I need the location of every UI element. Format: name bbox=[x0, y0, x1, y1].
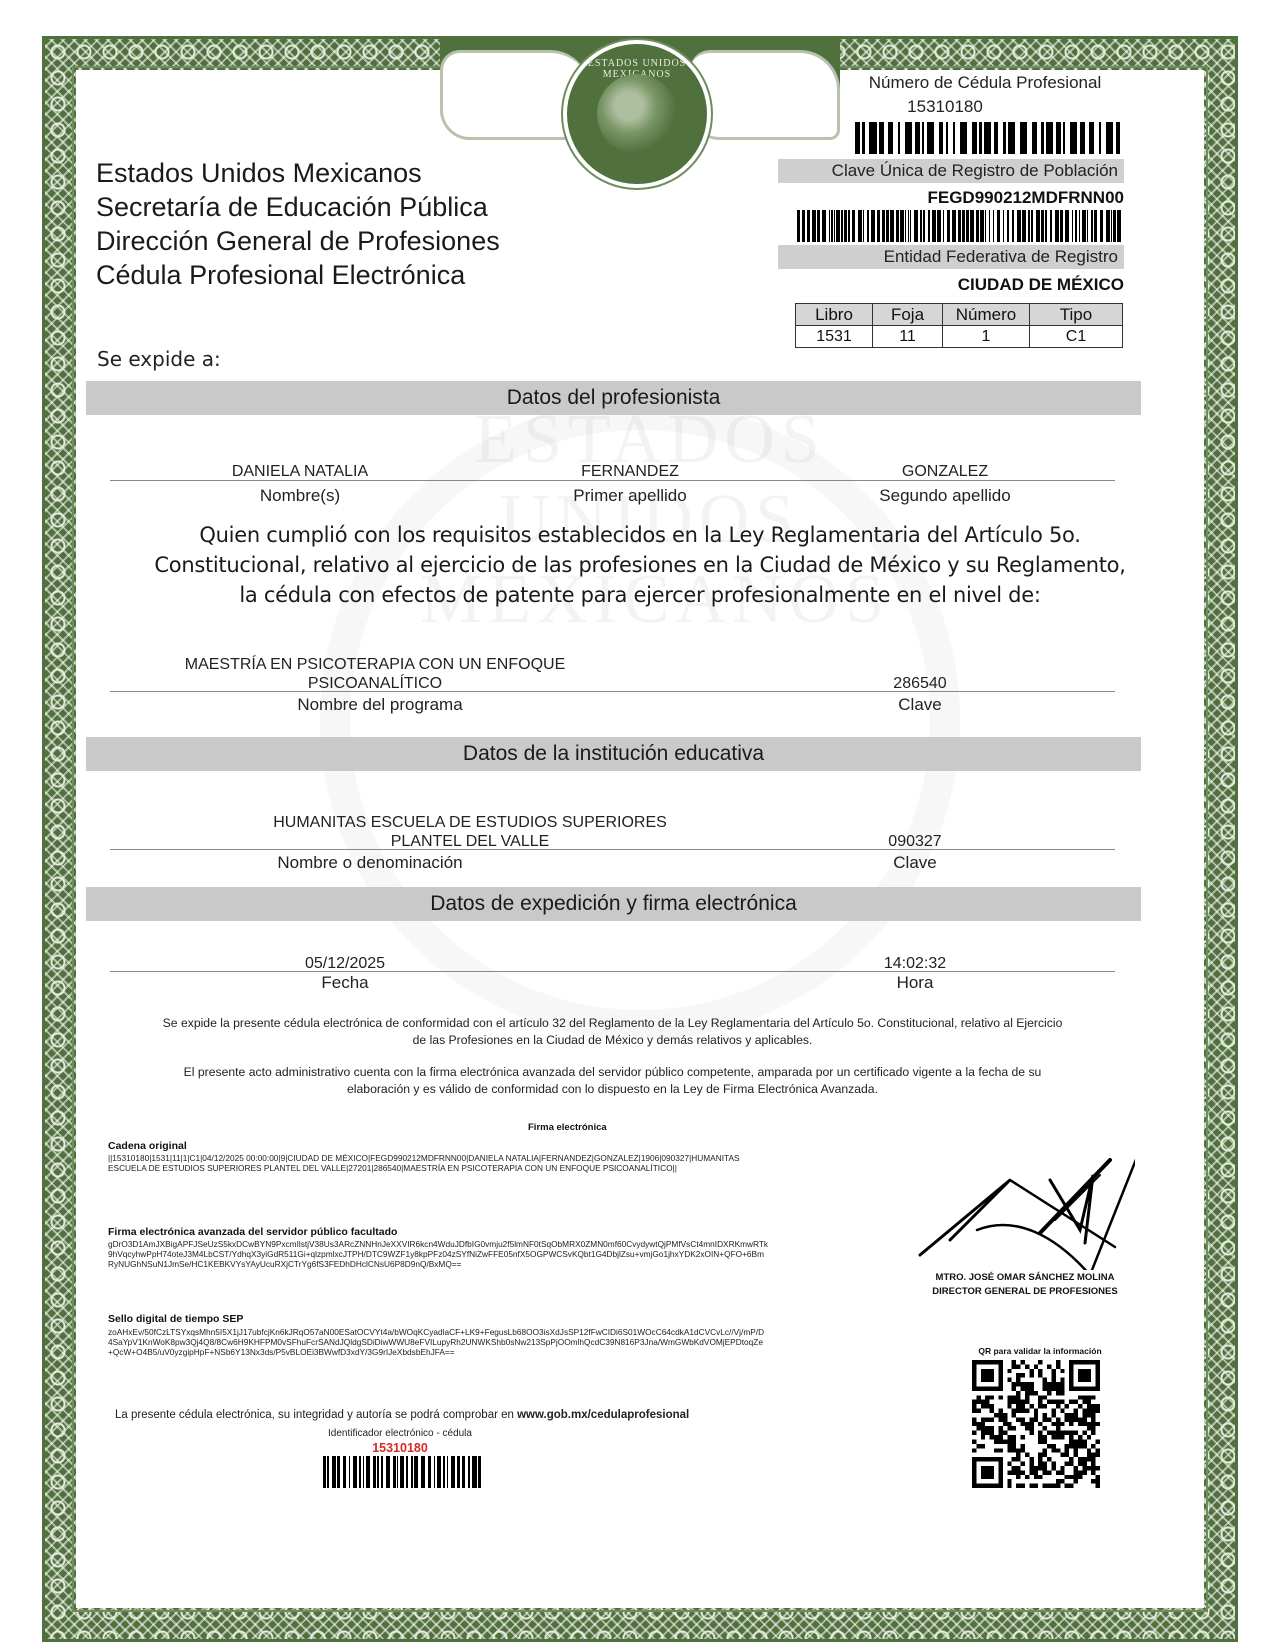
issuer-titles: Estados Unidos Mexicanos Secretaría de E… bbox=[96, 156, 500, 292]
cadena-original-label: Cadena original bbox=[108, 1140, 187, 1152]
primer-apellido-label: Primer apellido bbox=[520, 486, 740, 506]
divider bbox=[110, 691, 1115, 692]
registro-table: Libro Foja Número Tipo 1531 11 1 C1 bbox=[795, 303, 1123, 348]
statement-line: la cédula con efectos de patente para ej… bbox=[80, 580, 1200, 610]
statement-line: Constitucional, relativo al ejercicio de… bbox=[80, 550, 1200, 580]
segundo-apellido-value: GONZALEZ bbox=[835, 463, 1055, 481]
section-profesionista: Datos del profesionista bbox=[86, 381, 1141, 415]
handwritten-signature-icon bbox=[915, 1135, 1135, 1270]
signatory-name: MTRO. JOSÉ OMAR SÁNCHEZ MOLINA bbox=[920, 1271, 1130, 1285]
signatory-title: DIRECTOR GENERAL DE PROFESIONES bbox=[920, 1285, 1130, 1299]
programa-name: MAESTRÍA EN PSICOTERAPIA CON UN ENFOQUE … bbox=[110, 655, 640, 693]
hora-label: Hora bbox=[815, 973, 1015, 993]
segundo-apellido-label: Segundo apellido bbox=[835, 486, 1055, 506]
programa-name-label: Nombre del programa bbox=[230, 695, 530, 715]
curp-value: FEGD990212MDFRNN00 bbox=[927, 188, 1124, 208]
primer-apellido-value: FERNANDEZ bbox=[520, 463, 740, 481]
cadena-line: ESCUELA DE ESTUDIOS SUPERIORES PLANTEL D… bbox=[108, 1163, 908, 1173]
firma-avanzada-label: Firma electrónica avanzada del servidor … bbox=[108, 1226, 397, 1238]
entidad-value: CIUDAD DE MÉXICO bbox=[958, 275, 1124, 295]
ornament-scroll-right bbox=[690, 50, 840, 140]
divider bbox=[110, 849, 1115, 850]
institucion-name: HUMANITAS ESCUELA DE ESTUDIOS SUPERIORES… bbox=[160, 813, 780, 851]
fecha-label: Fecha bbox=[245, 973, 445, 993]
verify-text: La presente cédula electrónica, su integ… bbox=[115, 1409, 689, 1421]
institucion-name-label: Nombre o denominación bbox=[220, 853, 520, 873]
qr-label: QR para validar la información bbox=[960, 1346, 1120, 1356]
signatory-block: MTRO. JOSÉ OMAR SÁNCHEZ MOLINA DIRECTOR … bbox=[920, 1271, 1130, 1299]
sello-digital-text: zoAHxEv/50fCzLTSYxqsMhn5I5X1jJ17ubfcjKn6… bbox=[108, 1327, 908, 1357]
identifier-label: Identificador electrónico - cédula bbox=[300, 1428, 500, 1439]
identifier-barcode bbox=[323, 1456, 483, 1488]
profesionista-fields: DANIELA NATALIA FERNANDEZ GONZALEZ Nombr… bbox=[110, 460, 1115, 510]
curp-label: Clave Única de Registro de Población bbox=[778, 159, 1124, 183]
qr-code-icon[interactable] bbox=[972, 1360, 1100, 1488]
firma-line: RyNUGhNSuN1JmSe/HC1KEBKVYsYAyUcuRXjCTrYg… bbox=[108, 1259, 908, 1269]
value-libro: 1531 bbox=[796, 326, 873, 348]
verify-sentence: La presente cédula electrónica, su integ… bbox=[115, 1409, 517, 1421]
institucion-name-line1: HUMANITAS ESCUELA DE ESTUDIOS SUPERIORES bbox=[160, 813, 780, 832]
curp-barcode bbox=[797, 210, 1123, 242]
cedula-number-label: Número de Cédula Profesional bbox=[840, 73, 1130, 93]
firma-line: 9hVqcyhwPpH74oteJ3M4LbCST/YdhqX3yiGdR511… bbox=[108, 1249, 908, 1259]
title-direccion: Dirección General de Profesiones bbox=[96, 224, 500, 258]
legal-paragraph-2: El presente acto administrativo cuenta c… bbox=[105, 1064, 1120, 1098]
firma-avanzada-text: gDrO3D1AmJXBigAPFJSeUzS5kxDCwBYN9PxcmIls… bbox=[108, 1239, 908, 1269]
sello-line: +QcW+O4B5/uV0yzgipHpF+NSb6Y13Nx3ds/P5vBL… bbox=[108, 1347, 908, 1357]
title-secretaria: Secretaría de Educación Pública bbox=[96, 190, 500, 224]
sello-line: 4SaYpV1KnWoK8pw3Qj4Q8/8Cw6H9KHFPM0vSFhuF… bbox=[108, 1337, 908, 1347]
firma-title: Firma electrónica bbox=[528, 1122, 607, 1133]
national-seal-icon: ESTADOS UNIDOS MEXICANOS bbox=[563, 40, 711, 188]
nombres-value: DANIELA NATALIA bbox=[190, 463, 410, 481]
title-document-type: Cédula Profesional Electrónica bbox=[96, 258, 500, 292]
legal-statement: Quien cumplió con los requisitos estable… bbox=[80, 520, 1200, 610]
nombres-label: Nombre(s) bbox=[190, 486, 410, 506]
verify-url-link[interactable]: www.gob.mx/cedulaprofesional bbox=[517, 1409, 689, 1421]
legal-line: Se expide la presente cédula electrónica… bbox=[105, 1015, 1120, 1032]
programa-fields: MAESTRÍA EN PSICOTERAPIA CON UN ENFOQUE … bbox=[110, 653, 1115, 723]
expedicion-fields: 05/12/2025 14:02:32 Fecha Hora bbox=[110, 953, 1115, 998]
value-numero: 1 bbox=[943, 326, 1030, 348]
statement-line: Quien cumplió con los requisitos estable… bbox=[80, 520, 1200, 550]
value-foja: 11 bbox=[873, 326, 943, 348]
divider bbox=[110, 480, 1115, 481]
cadena-line: ||15310180|1531|11|1|C1|04/12/2025 00:00… bbox=[108, 1153, 908, 1163]
legal-line: El presente acto administrativo cuenta c… bbox=[105, 1064, 1120, 1081]
header-foja: Foja bbox=[873, 304, 943, 326]
eagle-icon bbox=[597, 74, 677, 154]
section-institucion: Datos de la institución educativa bbox=[86, 737, 1141, 771]
header-libro: Libro bbox=[796, 304, 873, 326]
institucion-fields: HUMANITAS ESCUELA DE ESTUDIOS SUPERIORES… bbox=[110, 811, 1115, 881]
section-expedicion: Datos de expedición y firma electrónica bbox=[86, 887, 1141, 921]
header-numero: Número bbox=[943, 304, 1030, 326]
firma-line: gDrO3D1AmJXBigAPFJSeUzS5kxDCwBYN9PxcmIls… bbox=[108, 1239, 908, 1249]
legal-paragraph-1: Se expide la presente cédula electrónica… bbox=[105, 1015, 1120, 1049]
entidad-label: Entidad Federativa de Registro bbox=[778, 245, 1124, 269]
cedula-barcode bbox=[855, 122, 1123, 154]
title-country: Estados Unidos Mexicanos bbox=[96, 156, 500, 190]
cadena-original-text: ||15310180|1531|11|1|C1|04/12/2025 00:00… bbox=[108, 1153, 908, 1173]
sello-digital-label: Sello digital de tiempo SEP bbox=[108, 1313, 243, 1325]
programa-clave-label: Clave bbox=[830, 695, 1010, 715]
institucion-clave-label: Clave bbox=[825, 853, 1005, 873]
divider bbox=[110, 971, 1115, 972]
se-expide-label: Se expide a: bbox=[97, 347, 221, 371]
value-tipo: C1 bbox=[1030, 326, 1123, 348]
programa-name-line1: MAESTRÍA EN PSICOTERAPIA CON UN ENFOQUE bbox=[110, 655, 640, 674]
cedula-number-value: 15310180 bbox=[840, 97, 1050, 117]
sello-line: zoAHxEv/50fCzLTSYxqsMhn5I5X1jJ17ubfcjKn6… bbox=[108, 1327, 908, 1337]
identifier-value: 15310180 bbox=[300, 1441, 500, 1455]
header-tipo: Tipo bbox=[1030, 304, 1123, 326]
legal-line: de las Profesiones en la Ciudad de Méxic… bbox=[105, 1032, 1120, 1049]
legal-line: elaboración y es válido de conformidad c… bbox=[105, 1081, 1120, 1098]
